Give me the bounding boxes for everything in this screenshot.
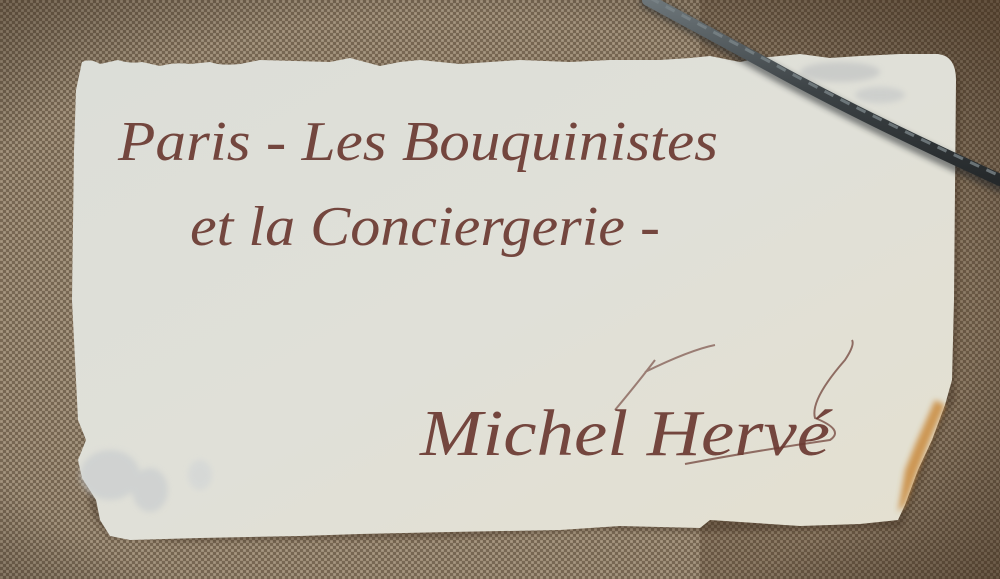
label-line-2: et la Conciergerie - — [190, 196, 660, 258]
label-line-1: Paris - Les Bouquinistes — [117, 111, 718, 173]
signature-text: Michel Hervé — [419, 397, 833, 470]
photo-canvas: Paris - Les Bouquinistes et la Concierge… — [0, 0, 1000, 579]
photo-scene: Paris - Les Bouquinistes et la Concierge… — [0, 0, 1000, 579]
